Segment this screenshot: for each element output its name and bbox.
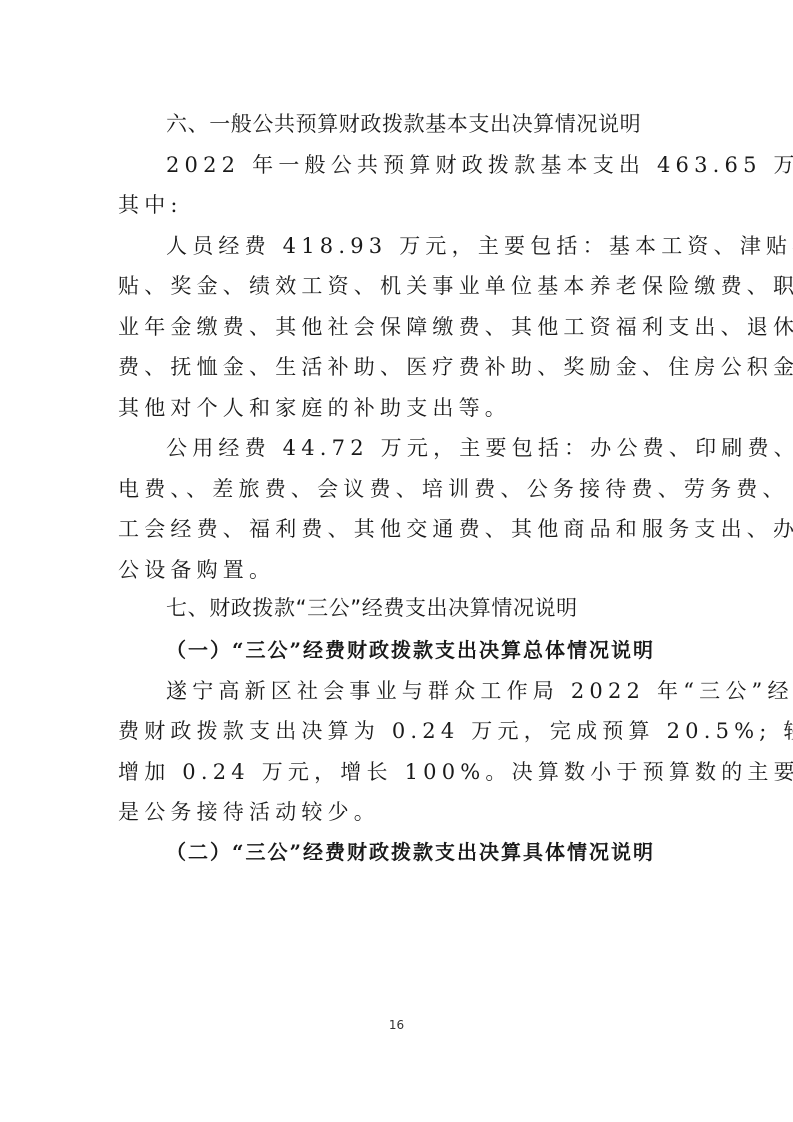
section7-sub1-heading: （一）“三公”经费财政拨款支出决算总体情况说明: [166, 634, 655, 663]
section6-intro-line-1: 2022 年一般公共预算财政拨款基本支出 463.65 万元，: [166, 149, 793, 179]
page-number: 16: [0, 1018, 793, 1032]
personnel-funds-line-5: 其他对个人和家庭的补助支出等。: [118, 392, 511, 422]
public-funds-line-4: 公设备购置。: [118, 554, 275, 584]
public-funds-line-1: 公用经费 44.72 万元，主要包括：办公费、印刷费、邮: [166, 432, 793, 462]
document-page: 六、一般公共预算财政拨款基本支出决算情况说明 2022 年一般公共预算财政拨款基…: [0, 0, 793, 1122]
sub1-line-2: 费财政拨款支出决算为 0.24 万元，完成预算 20.5%; 较上年: [118, 715, 793, 745]
sub1-line-4: 是公务接待活动较少。: [118, 796, 380, 826]
sub1-line-1: 遂宁高新区社会事业与群众工作局 2022 年“三公”经: [166, 675, 793, 705]
personnel-funds-line-3: 业年金缴费、其他社会保障缴费、其他工资福利支出、退休: [118, 311, 793, 341]
section7-heading: 七、财政拨款“三公”经费支出决算情况说明: [166, 592, 578, 622]
section7-sub2-heading: （二）“三公”经费财政拨款支出决算具体情况说明: [166, 836, 655, 865]
personnel-funds-line-1: 人员经费 418.93 万元，主要包括：基本工资、津贴补: [166, 230, 793, 260]
public-funds-line-2: 电费、、差旅费、会议费、培训费、公务接待费、劳务费、: [118, 473, 789, 503]
section6-heading: 六、一般公共预算财政拨款基本支出决算情况说明: [166, 108, 641, 138]
personnel-funds-line-4: 费、抚恤金、生活补助、医疗费补助、奖励金、住房公积金、: [118, 351, 793, 381]
personnel-funds-line-2: 贴、奖金、绩效工资、机关事业单位基本养老保险缴费、职: [118, 270, 793, 300]
sub1-line-3: 增加 0.24 万元，增长 100%。决算数小于预算数的主要原因: [118, 756, 793, 786]
public-funds-line-3: 工会经费、福利费、其他交通费、其他商品和服务支出、办: [118, 513, 793, 543]
section6-intro-line-2: 其中:: [118, 189, 183, 219]
